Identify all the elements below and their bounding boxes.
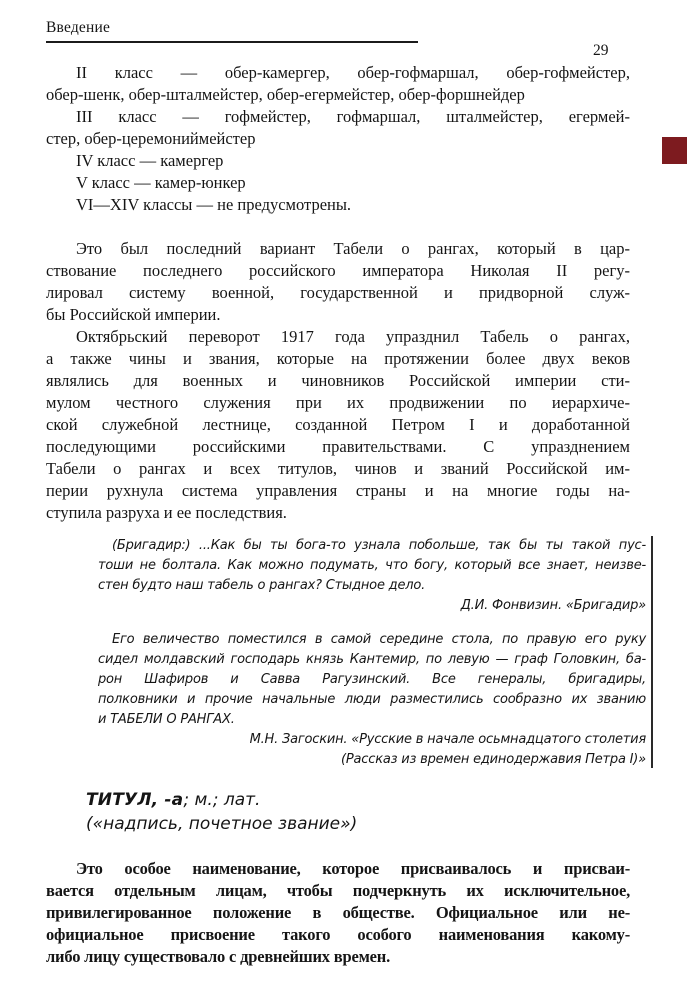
page-header-title: Введение xyxy=(46,19,110,37)
text-line: тоши не болтала. Как можно подумать, что… xyxy=(98,556,646,576)
text-line: лировал систему военной, государственной… xyxy=(46,282,630,304)
text-line: стен будто наш табель о рангах? Стыдное … xyxy=(98,576,646,596)
paragraph: III класс — гофмейстер, гофмаршал, шталм… xyxy=(46,106,630,150)
text-line: ской служебной лестнице, созданной Петро… xyxy=(46,414,630,436)
paragraph: Его величество поместился в самой середи… xyxy=(98,630,646,730)
text-line: бы Российской империи. xyxy=(46,304,630,326)
header-rule xyxy=(46,41,418,43)
quote-zagoskin-attribution: М.Н. Загоскин. «Русские в начале осьмнад… xyxy=(98,730,646,770)
text-line: Это особое наименование, которое присваи… xyxy=(46,858,630,880)
text-line: ствование последнего российского императ… xyxy=(46,260,630,282)
entry-headword: ТИТУЛ, -а xyxy=(86,790,183,810)
text-line: обер-шенк, обер-шталмейстер, обер-егерме… xyxy=(46,84,630,106)
entry-headword-line: ТИТУЛ, -а; м.; лат. xyxy=(86,788,357,812)
page-edge-tab xyxy=(662,137,687,164)
quote-zagoskin: Его величество поместился в самой середи… xyxy=(98,630,646,770)
quote-fonvizin: (Бригадир:) ...Как бы ты бога-то узнала … xyxy=(98,536,646,616)
text-line: и ТАБЕЛИ О РАНГАХ. xyxy=(98,710,646,730)
quote-zagoskin-text: Его величество поместился в самой середи… xyxy=(98,630,646,730)
text-line: (Рассказ из времен единодержавия Петра I… xyxy=(98,750,646,770)
paragraph: V класс — камер-юнкер xyxy=(46,172,630,194)
text-line: V класс — камер-юнкер xyxy=(46,172,630,194)
text-line: а также чины и звания, которые на протяж… xyxy=(46,348,630,370)
text-line: мулом честного служения при их продвижен… xyxy=(46,392,630,414)
paragraph: Это был последний вариант Табели о ранга… xyxy=(46,238,630,326)
main-text-column: II класс — обер-камергер, обер-гофмаршал… xyxy=(46,62,630,524)
entry-grammar: ; м.; лат. xyxy=(183,790,260,810)
paragraph: (Бригадир:) ...Как бы ты бога-то узнала … xyxy=(98,536,646,596)
quotes-section: (Бригадир:) ...Как бы ты бога-то узнала … xyxy=(98,536,646,770)
ranks-list-section: II класс — обер-камергер, обер-гофмаршал… xyxy=(46,62,630,216)
text-line: сидел молдавский господарь князь Кантеми… xyxy=(98,650,646,670)
text-line: VI—XIV классы — не предусмотрены. xyxy=(46,194,630,216)
text-line: вается отдельным лицам, чтобы подчеркнут… xyxy=(46,880,630,902)
paragraph: II класс — обер-камергер, обер-гофмаршал… xyxy=(46,62,630,106)
text-line: Табели о рангах и всех титулов, чинов и … xyxy=(46,458,630,480)
entry-origin: («надпись, почетное звание») xyxy=(86,812,357,836)
quote-fonvizin-text: (Бригадир:) ...Как бы ты бога-то узнала … xyxy=(98,536,646,596)
text-line: официальное присвоение такого особого на… xyxy=(46,924,630,946)
text-line: II класс — обер-камергер, обер-гофмаршал… xyxy=(46,62,630,84)
paragraph: М.Н. Загоскин. «Русские в начале осьмнад… xyxy=(98,730,646,770)
page-number: 29 xyxy=(593,42,609,60)
text-line: Октябрьский переворот 1917 года упраздни… xyxy=(46,326,630,348)
paragraph: Октябрьский переворот 1917 года упраздни… xyxy=(46,326,630,524)
paragraph: Д.И. Фонвизин. «Бригадир» xyxy=(98,596,646,616)
text-line: III класс — гофмейстер, гофмаршал, шталм… xyxy=(46,106,630,128)
text-line: ступила разруха и ее последствия. xyxy=(46,502,630,524)
paragraph: VI—XIV классы — не предусмотрены. xyxy=(46,194,630,216)
text-line: М.Н. Загоскин. «Русские в начале осьмнад… xyxy=(98,730,646,750)
book-page: Введение 29 II класс — обер-камергер, об… xyxy=(0,0,687,1000)
text-line: полковники и прочие начальные люди разме… xyxy=(98,690,646,710)
text-line: Это был последний вариант Табели о ранга… xyxy=(46,238,630,260)
intro-section: Это был последний вариант Табели о ранга… xyxy=(46,238,630,524)
paragraph: Это особое наименование, которое присваи… xyxy=(46,858,630,968)
dictionary-entry-titul: ТИТУЛ, -а; м.; лат. («надпись, почетное … xyxy=(86,788,357,836)
text-line: IV класс — камергер xyxy=(46,150,630,172)
paragraph: IV класс — камергер xyxy=(46,150,630,172)
text-line: являлись для военных и чиновников Россий… xyxy=(46,370,630,392)
text-line: стер, обер-церемониймейстер xyxy=(46,128,630,150)
text-line: последующими российскими правительствами… xyxy=(46,436,630,458)
text-line: Его величество поместился в самой середи… xyxy=(98,630,646,650)
text-line: привилегированное положение в обществе. … xyxy=(46,902,630,924)
text-line: либо лицу существовало с древнейших врем… xyxy=(46,946,630,968)
text-line: рон Шафиров и Савва Рагузинский. Все ген… xyxy=(98,670,646,690)
text-line: перии рухнула система управления страны … xyxy=(46,480,630,502)
text-line: Д.И. Фонвизин. «Бригадир» xyxy=(98,596,646,616)
quote-vertical-rule xyxy=(651,536,653,768)
quote-fonvizin-attribution: Д.И. Фонвизин. «Бригадир» xyxy=(98,596,646,616)
text-line: (Бригадир:) ...Как бы ты бога-то узнала … xyxy=(98,536,646,556)
closing-section: Это особое наименование, которое присваи… xyxy=(46,858,630,968)
